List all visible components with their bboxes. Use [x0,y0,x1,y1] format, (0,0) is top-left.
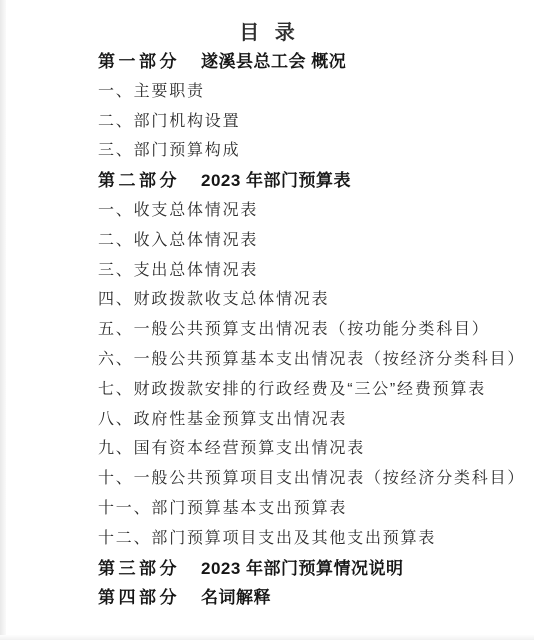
toc-item-text: 十二、部门预算项目支出及其他支出预算表 [98,528,436,549]
toc-part-row-3: 第三部分 2023 年部门预算情况说明 [98,558,526,588]
toc-item-text: 七、财政拨款安排的行政经费及“三公”经费预算表 [98,379,486,400]
toc-item: 一、收支总体情况表 [98,200,526,230]
toc-part-title: 2023 年部门预算表 [201,170,351,191]
page-bottom-edge-shadow [0,635,534,640]
toc-part-row-1: 第一部分 遂溪县总工会 概况 [98,51,526,81]
toc-part-row-4: 第四部分 名词解释 [98,587,526,617]
toc-title: 目 录 [0,22,534,44]
toc-item: 十一、部门预算基本支出预算表 [98,498,526,528]
toc-item-text: 二、收入总体情况表 [98,230,258,251]
toc-part-title: 名词解释 [201,587,271,608]
toc-item-text: 一、收支总体情况表 [98,200,258,221]
toc-item-text: 二、部门机构设置 [98,111,240,132]
toc-item-text: 五、一般公共预算支出情况表（按功能分类科目） [98,319,490,340]
toc-item-text: 六、一般公共预算基本支出情况表（按经济分类科目） [98,349,525,370]
toc-item-text: 四、财政拨款收支总体情况表 [98,289,329,310]
toc-item: 九、国有资本经营预算支出情况表 [98,438,526,468]
toc-item: 三、支出总体情况表 [98,260,526,290]
toc-item: 七、财政拨款安排的行政经费及“三公”经费预算表 [98,379,526,409]
toc-part-row-2: 第二部分 2023 年部门预算表 [98,170,526,200]
toc-item: 四、财政拨款收支总体情况表 [98,289,526,319]
toc-item: 一、主要职责 [98,81,526,111]
toc-item: 三、部门预算构成 [98,140,526,170]
toc-part-label: 第二部分 [98,170,180,191]
toc-part-title: 遂溪县总工会 概况 [201,51,346,72]
toc-item: 十、一般公共预算项目支出情况表（按经济分类科目） [98,468,526,498]
toc-part-label: 第三部分 [98,558,180,579]
toc-item-text: 八、政府性基金预算支出情况表 [98,409,347,430]
page-left-edge-shadow [0,0,6,640]
toc-item-text: 一、主要职责 [98,81,205,102]
toc-item: 十二、部门预算项目支出及其他支出预算表 [98,528,526,558]
toc-item-text: 十、一般公共预算项目支出情况表（按经济分类科目） [98,468,525,489]
toc-item: 五、一般公共预算支出情况表（按功能分类科目） [98,319,526,349]
toc-item: 二、收入总体情况表 [98,230,526,260]
toc-part-title: 2023 年部门预算情况说明 [201,558,404,579]
toc-item: 六、一般公共预算基本支出情况表（按经济分类科目） [98,349,526,379]
toc-part-label: 第一部分 [98,51,180,72]
toc-list: 第一部分 遂溪县总工会 概况 一、主要职责 二、部门机构设置 三、部门预算构成 … [98,51,526,617]
document-page: 目 录 第一部分 遂溪县总工会 概况 一、主要职责 二、部门机构设置 三、部门预… [0,0,534,640]
toc-item-text: 三、部门预算构成 [98,140,240,161]
toc-item-text: 三、支出总体情况表 [98,260,258,281]
toc-item-text: 九、国有资本经营预算支出情况表 [98,438,365,459]
toc-item-text: 十一、部门预算基本支出预算表 [98,498,347,519]
toc-item: 二、部门机构设置 [98,111,526,141]
toc-part-label: 第四部分 [98,587,180,608]
toc-item: 八、政府性基金预算支出情况表 [98,409,526,439]
